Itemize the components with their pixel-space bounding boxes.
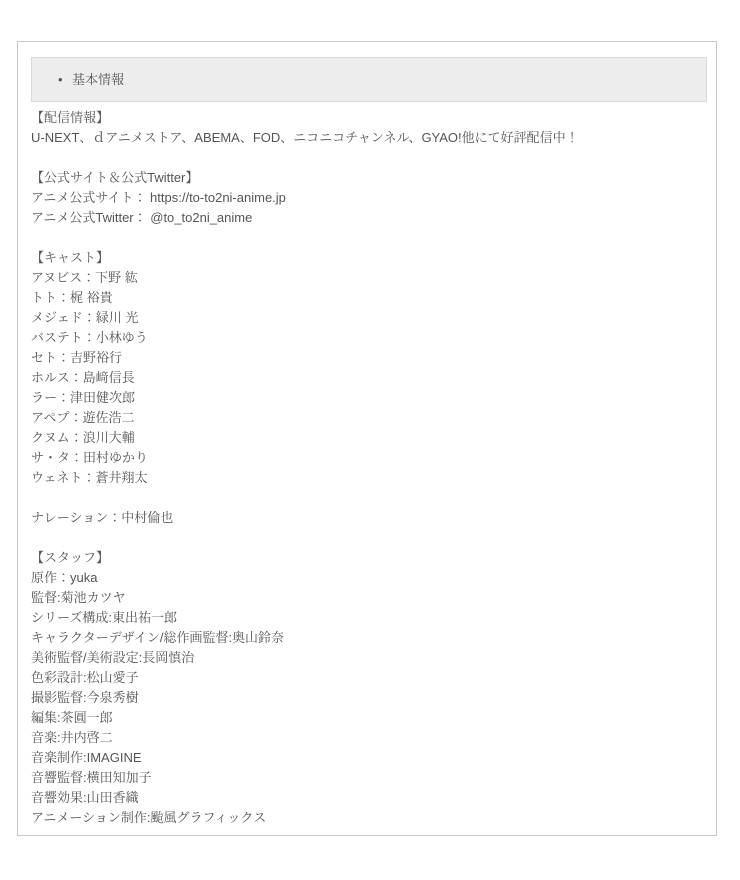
staff-line: 撮影監督:今泉秀樹 (31, 688, 704, 708)
staff-line: 色彩設計:松山愛子 (31, 668, 704, 688)
staff-line: 美術監督/美術設定:長岡慎治 (31, 648, 704, 668)
section-narration: ナレーション：中村倫也 (31, 508, 704, 528)
cast-line: セト：吉野裕行 (31, 348, 704, 368)
bullet-icon: • (58, 58, 72, 101)
basic-info-label: 基本情報 (72, 72, 124, 87)
staff-line: シリーズ構成:東出祐一郎 (31, 608, 704, 628)
text-line: U-NEXT、ｄアニメストア、ABEMA、FOD、ニコニコチャンネル、GYAO!… (31, 128, 704, 148)
cast-line: クヌム：浪川大輔 (31, 428, 704, 448)
cast-line: トト：梶 裕貴 (31, 288, 704, 308)
section-heading-cast: 【キャスト】 (31, 248, 704, 268)
section-staff: 【スタッフ】 原作：yuka 監督:菊池カツヤ シリーズ構成:東出祐一郎 キャラ… (31, 548, 704, 828)
cast-line: ホルス：島﨑信長 (31, 368, 704, 388)
page-background: •基本情報 【配信情報】 U-NEXT、ｄアニメストア、ABEMA、FOD、ニコ… (0, 0, 740, 880)
section-cast: 【キャスト】 アヌビス：下野 紘 トト：梶 裕貴 メジェド：緑川 光 バステト：… (31, 248, 704, 488)
spacer (31, 228, 704, 248)
staff-line: 音響効果:山田香織 (31, 788, 704, 808)
staff-line: 編集:茶圓一郎 (31, 708, 704, 728)
section-official-links: 【公式サイト＆公式Twitter】 アニメ公式サイト： https://to-t… (31, 168, 704, 228)
spacer (31, 528, 704, 548)
staff-line: 原作：yuka (31, 568, 704, 588)
cast-line: アヌビス：下野 紘 (31, 268, 704, 288)
section-heading-staff: 【スタッフ】 (31, 548, 704, 568)
press-release-card: •基本情報 【配信情報】 U-NEXT、ｄアニメストア、ABEMA、FOD、ニコ… (17, 41, 717, 836)
cast-line: ラー：津田健次郎 (31, 388, 704, 408)
cast-line: バステト：小林ゆう (31, 328, 704, 348)
staff-line: 監督:菊池カツヤ (31, 588, 704, 608)
basic-info-link[interactable]: •基本情報 (58, 58, 706, 101)
cast-line: ウェネト：蒼井翔太 (31, 468, 704, 488)
official-twitter-line: アニメ公式Twitter： @to_to2ni_anime (31, 208, 704, 228)
staff-line: 音楽:井内啓二 (31, 728, 704, 748)
cast-line: アペプ：遊佐浩二 (31, 408, 704, 428)
spacer (31, 148, 704, 168)
section-heading-distribution: 【配信情報】 (31, 108, 704, 128)
staff-line: 音楽制作:IMAGINE (31, 748, 704, 768)
cast-line: メジェド：緑川 光 (31, 308, 704, 328)
section-distribution: 【配信情報】 U-NEXT、ｄアニメストア、ABEMA、FOD、ニコニコチャンネ… (31, 108, 704, 148)
narration-line: ナレーション：中村倫也 (31, 508, 704, 528)
basic-info-box: •基本情報 (31, 57, 707, 102)
staff-line: アニメーション制作:颱風グラフィックス (31, 808, 704, 828)
staff-line: キャラクターデザイン/総作画監督:奥山鈴奈 (31, 628, 704, 648)
staff-line: 音響監督:横田知加子 (31, 768, 704, 788)
cast-line: サ・タ：田村ゆかり (31, 448, 704, 468)
section-heading-official-links: 【公式サイト＆公式Twitter】 (31, 168, 704, 188)
press-body: 【配信情報】 U-NEXT、ｄアニメストア、ABEMA、FOD、ニコニコチャンネ… (31, 108, 704, 828)
official-site-line: アニメ公式サイト： https://to-to2ni-anime.jp (31, 188, 704, 208)
spacer (31, 488, 704, 508)
